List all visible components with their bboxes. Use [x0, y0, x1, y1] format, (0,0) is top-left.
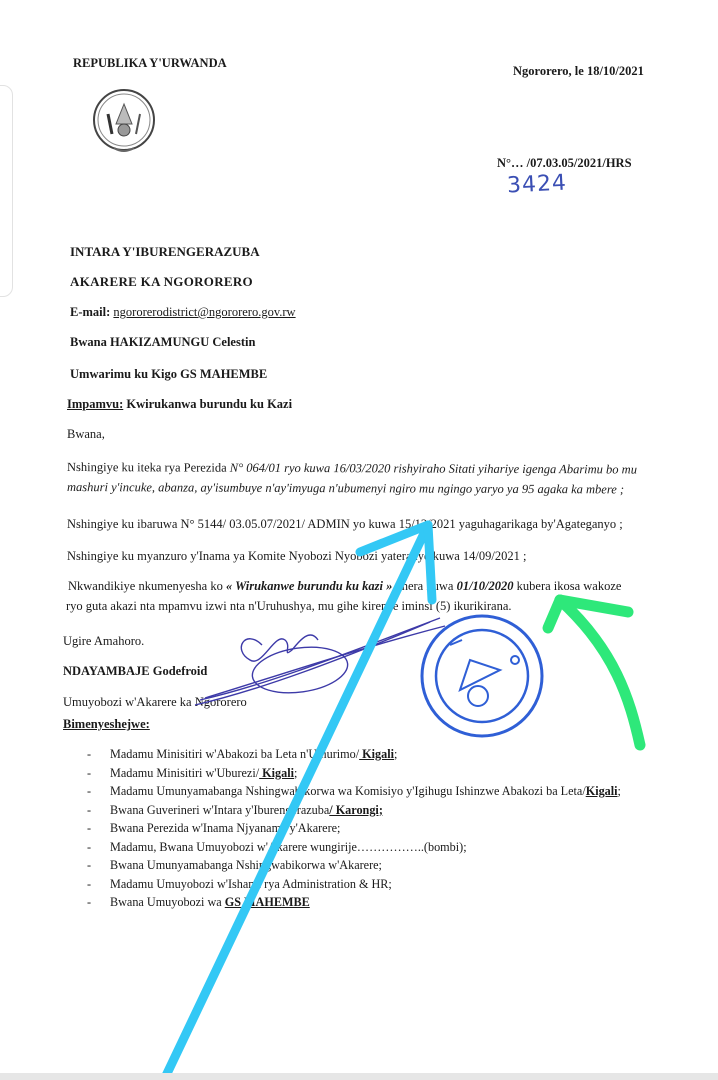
paragraph-2: Nshingiye ku ibaruwa N° 5144/ 03.05.07/2… [67, 517, 623, 532]
cc-list-item: -Bwana Perezida w'Inama Njyanama y'Akare… [87, 819, 621, 838]
cc-recipient: Madamu Minisitiri w'Uburezi/ [110, 766, 259, 780]
recipient-role: Umwarimu ku Kigo GS MAHEMBE [70, 367, 267, 382]
paragraph-4-prefix: Nkwandikiye nkumenyesha ko [68, 579, 226, 593]
cc-heading: Bimenyeshejwe: [63, 717, 150, 732]
cc-end: ; [394, 747, 397, 761]
cc-list-item: -Madamu Minisitiri w'Abakozi ba Leta n'U… [87, 745, 621, 764]
cc-place: / Karongi; [329, 803, 383, 817]
cc-recipient: Madamu, Bwana Umuyobozi w'Akarere wungir… [110, 840, 467, 854]
recipient-name: Bwana HAKIZAMUNGU Celestin [70, 335, 255, 350]
signer-name: NDAYAMBAJE Godefroid [63, 664, 207, 679]
bullet: - [87, 745, 91, 764]
subject-label: Impamvu: [67, 397, 123, 411]
cc-list-item: -Bwana Guverineri w'Intara y'Iburengeraz… [87, 801, 621, 820]
signer-title: Umuyobozi w'Akarere ka Ngororero [63, 695, 247, 710]
bullet: - [87, 782, 91, 801]
bottom-bar [0, 1073, 718, 1080]
email-label: E-mail: [70, 305, 113, 319]
side-panel-tab[interactable] [0, 85, 13, 297]
paragraph-1-line-1: Nshingiye ku iteka rya Perezida N° 064/0… [67, 460, 637, 477]
cc-end: ; [618, 784, 621, 798]
cc-recipient: Bwana Guverineri w'Intara y'Iburengerazu… [110, 803, 329, 817]
paragraph-1-prefix: Nshingiye ku iteka rya Perezida [67, 460, 230, 475]
greeting: Bwana, [67, 427, 105, 442]
cc-recipient: Bwana Perezida w'Inama Njyanama y'Akarer… [110, 821, 340, 835]
effective-date: 01/10/2020 [457, 579, 514, 593]
rwanda-coat-of-arms-icon [86, 84, 162, 160]
cc-place: GS MAHEMBE [225, 895, 310, 909]
cc-list-item: -Madamu Umuyobozi w'Ishami rya Administr… [87, 875, 621, 894]
paragraph-1-line-2: mashuri y'incuke, abanza, ay'isumbuye n'… [67, 480, 624, 497]
cc-list-item: -Bwana Umunyamabanga Nshingwabikorwa w'A… [87, 856, 621, 875]
bullet: - [87, 801, 91, 820]
signature-icon [195, 618, 445, 705]
cc-list-item: -Madamu Minisitiri w'Uburezi/ Kigali; [87, 764, 621, 783]
closing: Ugire Amahoro. [63, 634, 144, 649]
subject-text: Kwirukanwa burundu ku Kazi [123, 397, 292, 411]
cc-list-item: -Bwana Umuyobozi wa GS MAHEMBE [87, 893, 621, 912]
district-heading: AKARERE KA NGORORERO [70, 274, 253, 290]
cc-list: -Madamu Minisitiri w'Abakozi ba Leta n'U… [87, 745, 621, 912]
subject-line: Impamvu: Kwirukanwa burundu ku Kazi [67, 397, 292, 412]
bullet: - [87, 764, 91, 783]
reference-number: N°… /07.03.05/2021/HRS [497, 156, 632, 171]
province-heading: INTARA Y'IBURENGERAZUBA [70, 244, 260, 260]
cc-recipient: Bwana Umuyobozi wa [110, 895, 225, 909]
dismissal-quote: « Wirukanwe burundu ku kazi » [226, 579, 392, 593]
cc-recipient: Madamu Minisitiri w'Abakozi ba Leta n'Um… [110, 747, 359, 761]
cc-recipient: Madamu Umuyobozi w'Ishami rya Administra… [110, 877, 392, 891]
cc-place: Kigali [586, 784, 618, 798]
bullet: - [87, 875, 91, 894]
paragraph-3: Nshingiye ku myanzuro y'Inama ya Komite … [67, 549, 526, 564]
cc-recipient: Madamu Umunyamabanga Nshingwabikorwa wa … [110, 784, 586, 798]
cc-list-item: -Madamu, Bwana Umuyobozi w'Akarere wungi… [87, 838, 621, 857]
email-link[interactable]: ngororerodistrict@ngororero.gov.rw [113, 305, 295, 319]
paragraph-4-line-2: ryo guta akazi nta mpamvu izwi nta n'Uru… [66, 599, 512, 614]
bullet: - [87, 856, 91, 875]
paragraph-4-line-1: Nkwandikiye nkumenyesha ko « Wirukanwe b… [68, 579, 621, 594]
cc-recipient: Bwana Umunyamabanga Nshingwabikorwa w'Ak… [110, 858, 382, 872]
district-stamp-icon [422, 616, 542, 736]
bullet: - [87, 893, 91, 912]
paragraph-1-italic: N° 064/01 ryo kuwa 16/03/2020 rishyiraho… [230, 461, 637, 477]
place-date: Ngororero, le 18/10/2021 [513, 64, 644, 79]
email-line: E-mail: ngororerodistrict@ngororero.gov.… [70, 305, 296, 320]
green-arrow-icon [548, 600, 640, 745]
handwritten-number: 3424 [506, 170, 567, 198]
paragraph-4-middle: uhera kuwa [392, 579, 456, 593]
country-heading: REPUBLIKA Y'URWANDA [73, 56, 227, 71]
cc-end: ; [294, 766, 297, 780]
bullet: - [87, 838, 91, 857]
cc-place: Kigali [259, 766, 294, 780]
bullet: - [87, 819, 91, 838]
cc-place: Kigali [359, 747, 394, 761]
paragraph-4-suffix: kubera ikosa wakoze [514, 579, 622, 593]
cc-list-item: -Madamu Umunyamabanga Nshingwabikorwa wa… [87, 782, 621, 801]
